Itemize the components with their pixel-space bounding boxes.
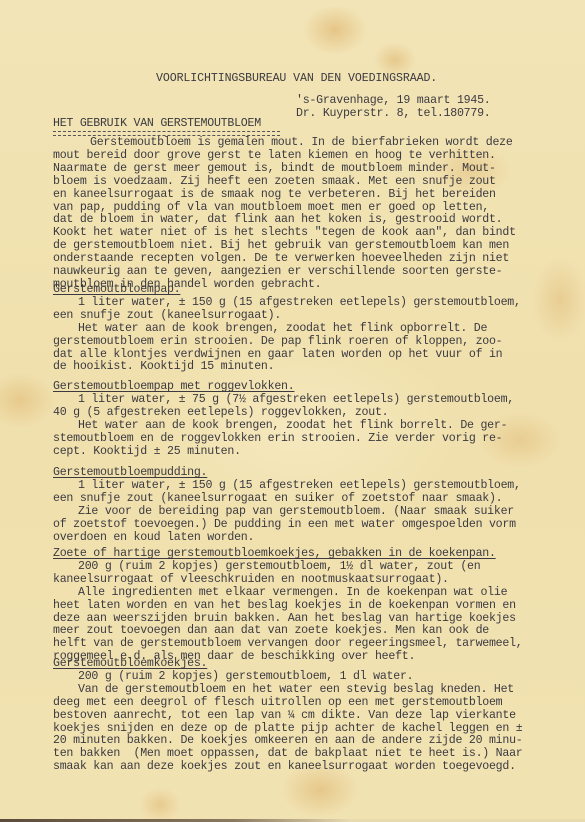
recipe-title: Gerstemoutbloemkoekjes.: [53, 657, 207, 670]
recipe-line: Het water aan de kook brengen, zoodat he…: [78, 322, 487, 335]
intro-line: onderstaande recepten volgen. De te verw…: [53, 252, 509, 265]
intro-line: Kookt het water niet of is het slechts "…: [53, 226, 516, 239]
recipe-line: deeg met een deegrol of flesch uitrollen…: [53, 696, 502, 709]
recipe-title: Gerstemoutbloempap met roggevlokken.: [53, 380, 294, 393]
recipe-line: 20 minuten bakken. De koekjes omkeeren e…: [53, 734, 523, 747]
recipe-line: een snufje zout (kaneelsurrogaat).: [53, 309, 281, 322]
recipe-line: koekjes snijden en deze op de platte pij…: [53, 722, 523, 735]
recipe-line: Zie voor de bereiding pap van gerstemout…: [78, 505, 514, 518]
recipe-line: een snufje zout (kaneelsurrogaat en suik…: [53, 492, 502, 505]
recipe-line: meer zout toevoegen dan aan dat van zoet…: [53, 624, 489, 637]
recipe-line: 200 g (ruim 2 kopjes) gerstemoutbloem, 1…: [78, 670, 413, 683]
recipe-line: 1 liter water, ± 150 g (15 afgestreken e…: [78, 479, 521, 492]
recipe-line: Het water aan de kook brengen, zoodat he…: [78, 419, 507, 432]
recipe-line: bestoven aanrecht, tot een lap van ¼ cm …: [53, 709, 516, 722]
recipe-line: helft van de gerstemoutbloem vervangen d…: [53, 637, 523, 650]
intro-line: en kaneelsurrogaat is de smaak nog te ve…: [53, 188, 496, 201]
intro-line: van pap, pudding of vla van moutbloem mo…: [53, 201, 489, 214]
recipe-line: dat alle klontjes verdwijnen en gaar lat…: [53, 348, 502, 361]
intro-line: bloem is voedzaam. Zij heeft een zoeten …: [53, 175, 496, 188]
recipe-title: Gerstemoutbloempudding.: [53, 466, 207, 479]
recipe-line: 1 liter water, ± 75 g (7½ afgestreken ee…: [78, 393, 514, 406]
place-date: 's-Gravenhage, 19 maart 1945.: [296, 94, 491, 107]
recipe-line: de hooikist. Kooktijd 15 minuten.: [53, 360, 274, 373]
recipe-line: Alle ingredienten met elkaar vermengen. …: [78, 586, 507, 599]
recipe-line: of zoetstof toevoegen.) De pudding in ee…: [53, 518, 516, 531]
organization-heading: VOORLICHTINGSBUREAU VAN DEN VOEDINGSRAAD…: [156, 72, 437, 85]
recipe-line: smaak kan aan deze koekjes zout en kanee…: [53, 760, 516, 773]
recipe-line: gerstemoutbloem erin strooien. De pap fl…: [53, 335, 502, 348]
address: Dr. Kuyperstr. 8, tel.180779.: [296, 107, 491, 120]
document-title: HET GEBRUIK VAN GERSTEMOUTBLOEM: [53, 117, 261, 130]
typewritten-document: VOORLICHTINGSBUREAU VAN DEN VOEDINGSRAAD…: [0, 0, 585, 822]
recipe-line: Van de gerstemoutbloem en het water een …: [78, 683, 514, 696]
recipe-line: 1 liter water, ± 150 g (15 afgestreken e…: [78, 296, 521, 309]
recipe-line: stemoutbloem en de roggevlokken erin str…: [53, 432, 502, 445]
recipe-line: overdoen en koud laten worden.: [53, 531, 254, 544]
recipe-line: cept. Kooktijd ± 25 minuten.: [53, 445, 241, 458]
recipe-line: 40 g (5 afgestreken eetlepels) roggevlok…: [53, 406, 388, 419]
recipe-line: 200 g (ruim 2 kopjes) gerstemoutbloem, 1…: [78, 560, 480, 573]
intro-line: Gerstemoutbloem is gemalen mout. In de b…: [90, 136, 513, 149]
intro-line: Naarmate de gerst meer gemout is, bindt …: [53, 162, 496, 175]
recipe-line: kaneelsurrogaat of vleeschkruiden en noo…: [53, 573, 449, 586]
recipe-line: ten bakken (Men moet oppassen, dat de ba…: [53, 747, 523, 760]
recipe-title: Gerstemoutbloempap.: [53, 283, 180, 296]
recipe-line: heet laten worden en van het beslag koek…: [53, 599, 516, 612]
intro-line: de gerstemoutbloem niet. Bij het gebruik…: [53, 239, 509, 252]
recipe-title: Zoete of hartige gerstemoutbloemkoekjes,…: [53, 547, 496, 560]
intro-line: nauwkeurig aan te geven, aangezien er ve…: [53, 265, 502, 278]
intro-line: mout bereid door grove gerst te laten ki…: [53, 149, 496, 162]
intro-line: dat de bloem in water, dat flink aan het…: [53, 213, 502, 226]
recipe-line: deze aan weerszijden bruin bakken. Aan h…: [53, 612, 516, 625]
